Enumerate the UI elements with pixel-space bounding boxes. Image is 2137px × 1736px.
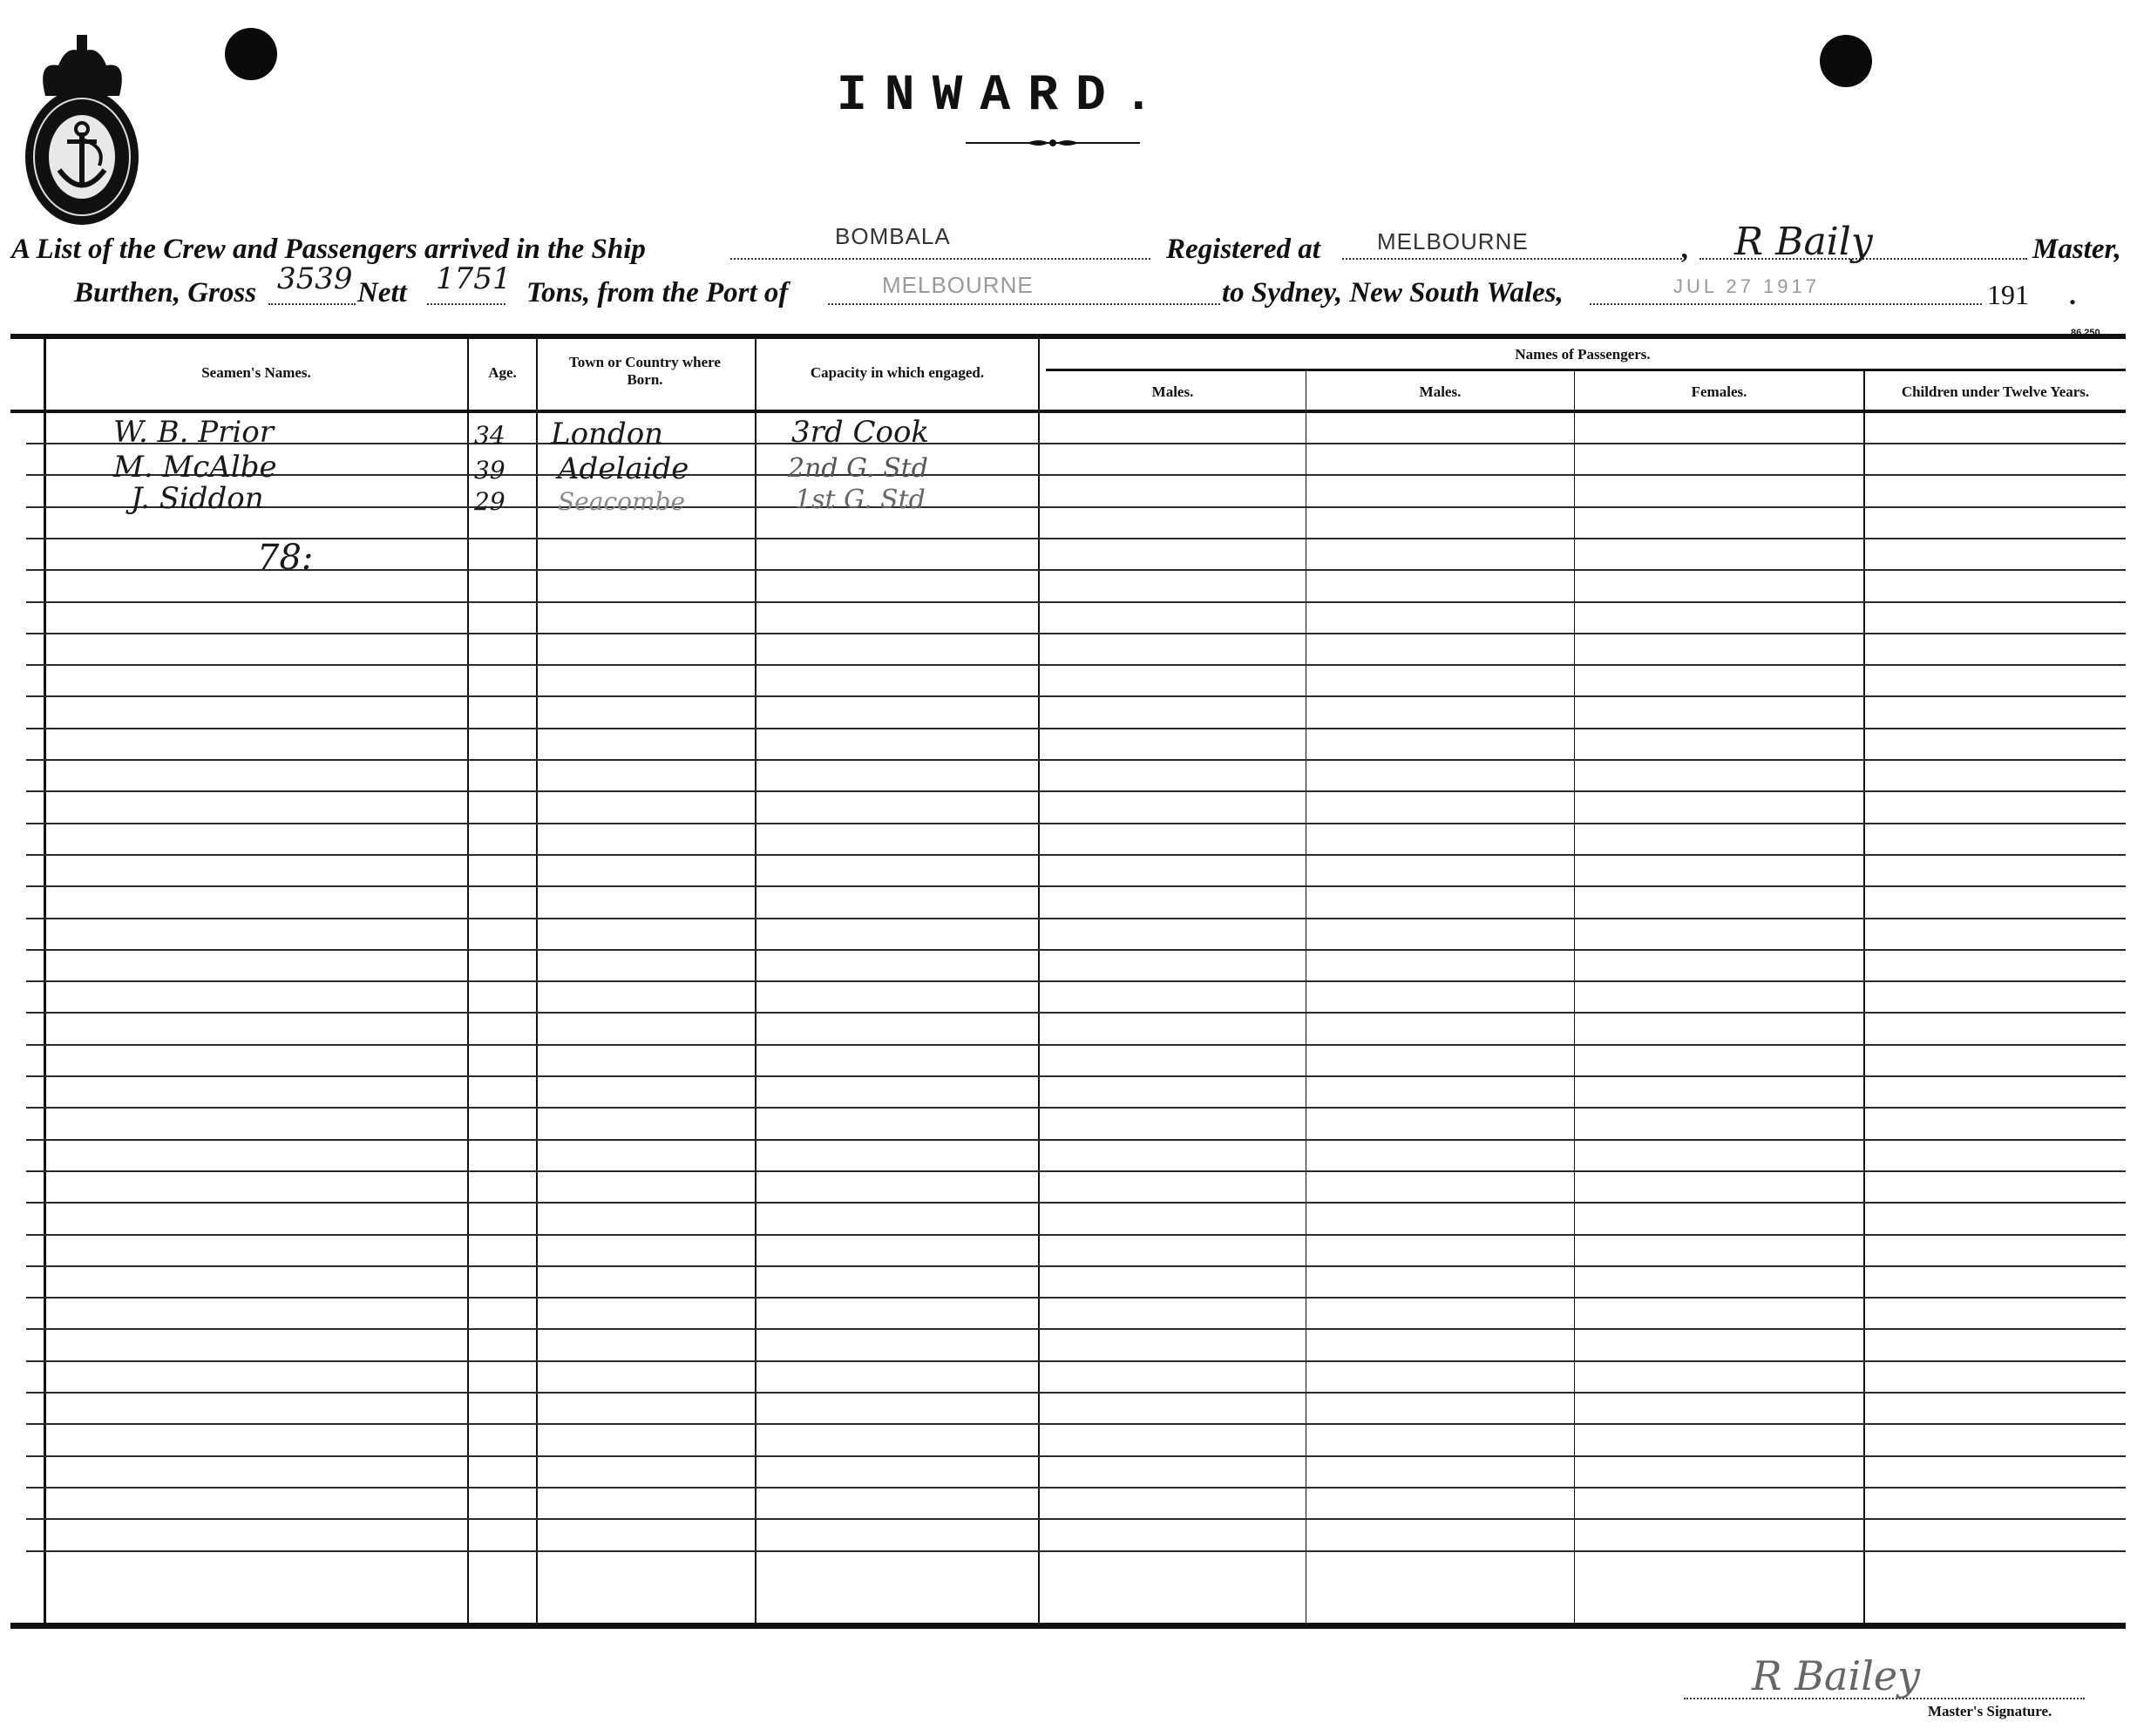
master-signature-label: Master's Signature. [1928,1703,2052,1720]
row-rule [26,506,2126,508]
row-rule [26,1328,2126,1330]
passengers-subheader-rule [1046,369,2126,371]
header-capacity: Capacity in which engaged. [756,364,1038,382]
header-females: Females. [1575,383,1863,401]
row-rule [26,664,2126,666]
row-rule [26,1012,2126,1014]
anchor-crown-crest-icon [19,35,146,227]
from-port-field-line [828,303,1220,305]
registered-label: Registered at [1166,234,1320,266]
master-label: Master, [2032,234,2121,266]
row-rule [26,474,2126,476]
row-rule [26,1107,2126,1109]
crew-age: 29 [474,486,505,518]
row-rule [26,759,2126,761]
crew-age: 34 [474,420,505,451]
column-divider-females-children [1863,370,1865,1624]
crest-emblem [19,35,146,227]
table-top-rule [10,334,2126,339]
registered-port-value: MELBOURNE [1377,228,1529,255]
row-rule [26,1392,2126,1394]
ship-name-field-line [730,258,1150,260]
header-children: Children under Twelve Years. [1865,383,2126,401]
row-rule [26,1139,2126,1141]
crew-capacity: 2nd G. Std [788,453,928,485]
row-rule [26,633,2126,634]
row-rule [26,980,2126,982]
to-sydney-label: to Sydney, New South Wales, [1222,277,1564,309]
header-seamens-names: Seamen's Names. [45,364,467,382]
gross-tons-value: 3539 [277,261,353,296]
row-rule [26,918,2126,919]
nett-label: Nett [357,277,407,309]
header-age: Age. [469,364,536,382]
nett-tons-field-line [427,303,505,305]
row-rule [26,854,2126,856]
ship-name-value: BOMBALA [835,223,951,250]
header-males-2: Males. [1306,383,1574,401]
date-field-line [1590,303,1982,305]
year-prefix: 191 [1987,279,2029,311]
row-rule [26,538,2126,539]
crew-name: M. McAlbe [113,451,277,483]
title-flourish-divider [966,138,1140,148]
from-port-value: MELBOURNE [882,272,1034,299]
row-rule [26,1455,2126,1457]
row-rule [26,1202,2126,1204]
header-town-born: Town or Country where Born. [566,354,723,389]
row-rule [26,1265,2126,1267]
row-rule [26,1518,2126,1520]
crew-age: 39 [474,455,505,486]
table-bottom-rule [10,1623,2126,1629]
burthen-gross-label: Burthen, Gross [74,277,256,309]
row-rule [26,1044,2126,1046]
year-period: . [2069,279,2076,311]
crew-count-annotation: 78: [257,542,313,573]
crew-name: W. B. Prior [113,417,274,448]
gross-tons-field-line [268,303,356,305]
row-rule [26,790,2126,792]
crew-capacity: 3rd Cook [791,417,929,448]
row-rule [26,1297,2126,1299]
header-males-1: Males. [1040,383,1306,401]
comma-separator: , [1682,234,1689,266]
crew-name: J. Siddon [131,483,264,514]
row-rule [26,569,2126,571]
crew-born: Adelaide [558,453,689,485]
master-name-handwritten: R Baily [1734,220,1873,264]
row-rule [26,1423,2126,1425]
registered-port-field-line [1342,258,1682,260]
header-names-of-passengers: Names of Passengers. [1040,346,2126,363]
from-port-label: Tons, from the Port of [526,277,788,309]
row-rule [26,823,2126,824]
row-rule [26,1234,2126,1236]
column-divider-males-males [1306,370,1306,1624]
crew-born: London [551,418,663,450]
row-rule [26,695,2126,697]
punch-hole-left [225,28,277,80]
row-rule [26,443,2126,444]
row-rule [26,601,2126,603]
row-rule [26,949,2126,951]
row-rule [26,1550,2126,1552]
row-rule [26,1170,2126,1172]
row-rule [26,1487,2126,1488]
crew-born: Seacombe [558,486,685,518]
date-stamp: JUL 27 1917 [1673,275,1820,298]
header-bottom-rule [10,410,2126,413]
row-rule [26,1360,2126,1362]
punch-hole-right [1820,35,1872,87]
nett-tons-value: 1751 [436,261,512,296]
row-rule [26,885,2126,887]
row-rule [26,1075,2126,1077]
page-title: INWARD. [837,68,1171,125]
row-rule [26,728,2126,729]
master-signature-handwritten: R Bailey [1752,1652,1920,1699]
crew-capacity: 1st G. Std [795,485,926,516]
column-divider-males-females [1574,370,1575,1624]
